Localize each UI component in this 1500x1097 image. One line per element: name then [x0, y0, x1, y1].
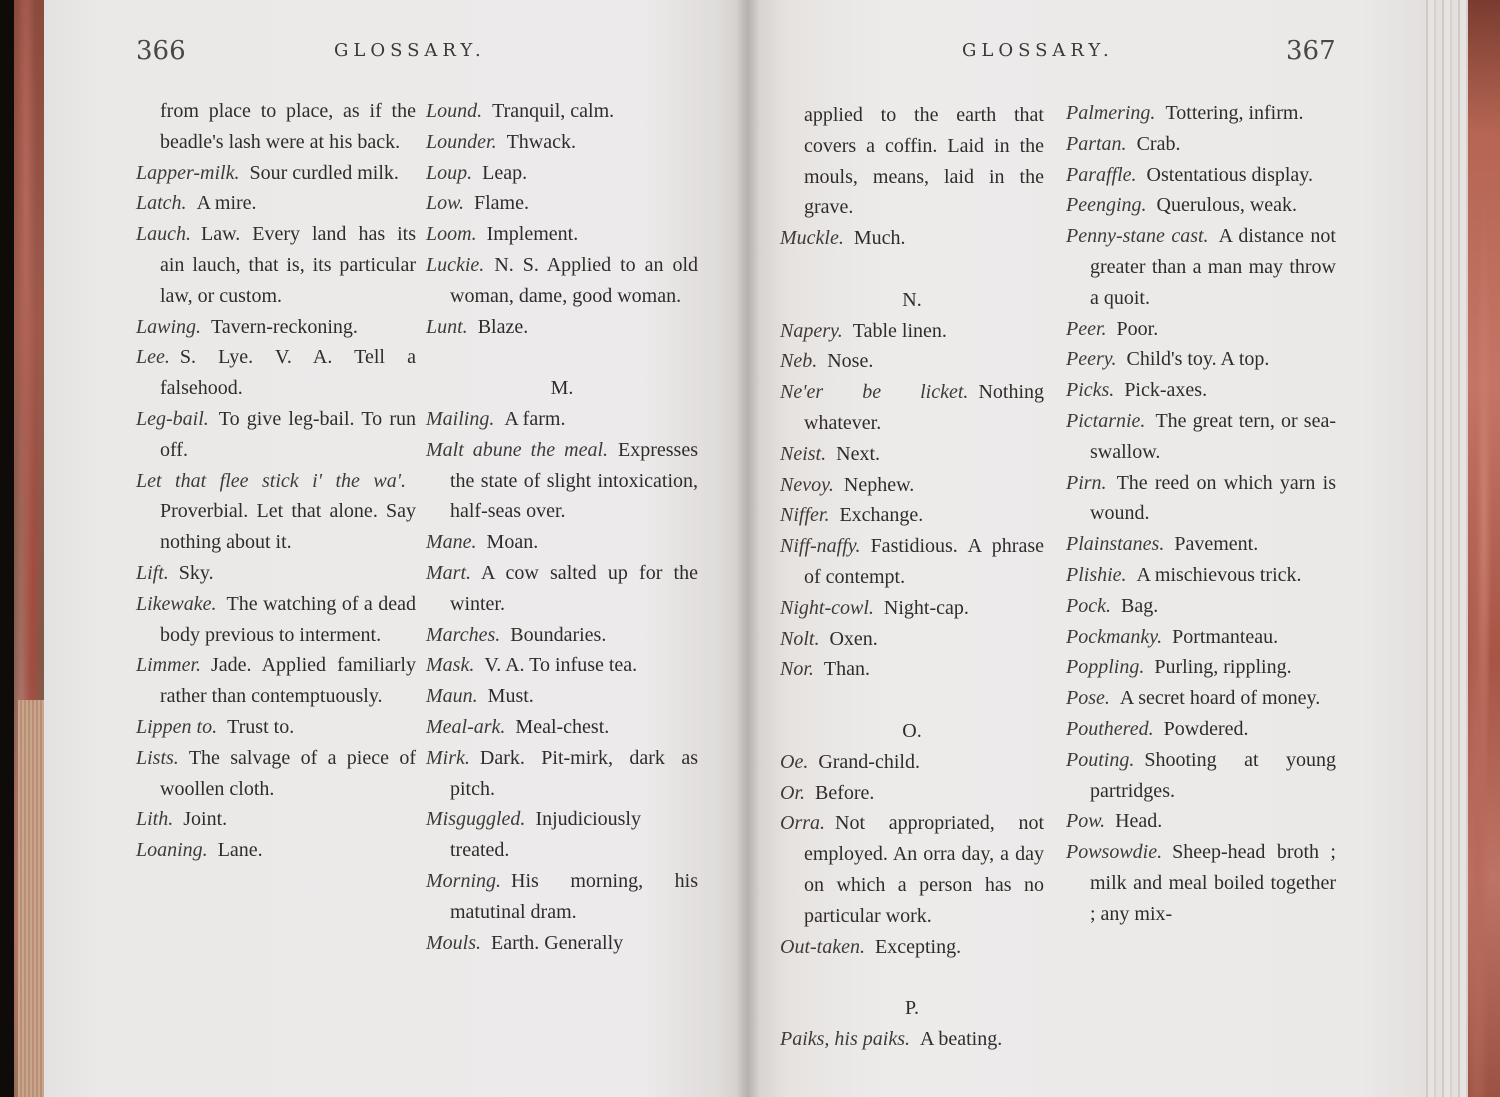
- section-spacer: [780, 962, 1044, 993]
- glossary-entry: Poppling. Purling, rippling.: [1066, 652, 1336, 683]
- glossary-entry: Lunt. Blaze.: [426, 312, 698, 343]
- glossary-term: Leg-bail.: [136, 408, 209, 430]
- glossary-term: Niffer.: [780, 504, 829, 526]
- glossary-entry: Nolt. Oxen.: [780, 624, 1044, 655]
- glossary-definition: Joint.: [183, 808, 227, 830]
- glossary-entry: Ne'er be licket. Nothing whatever.: [780, 377, 1044, 439]
- glossary-term: Nor.: [780, 658, 814, 680]
- glossary-definition: A mischievous trick.: [1137, 564, 1302, 586]
- glossary-definition: Implement.: [487, 223, 579, 245]
- glossary-entry: Plishie. A mischievous trick.: [1066, 560, 1336, 591]
- glossary-definition: Oxen.: [829, 628, 877, 650]
- glossary-term: Lound.: [426, 100, 482, 122]
- glossary-term: Malt abune the meal.: [426, 439, 608, 461]
- glossary-entry: Oe. Grand-child.: [780, 747, 1044, 778]
- glossary-definition: Powdered.: [1164, 718, 1249, 740]
- glossary-term: Loaning.: [136, 839, 208, 861]
- glossary-term: Let that flee stick i' the wa'.: [136, 470, 406, 492]
- glossary-definition: Not appropriated, not employed. An orra …: [804, 812, 1044, 926]
- glossary-definition: Sky.: [179, 562, 214, 584]
- glossary-term: Morning.: [426, 870, 501, 892]
- glossary-entry: Peery. Child's toy. A top.: [1066, 344, 1336, 375]
- glossary-definition: A cow salted up for the winter.: [450, 562, 698, 615]
- glossary-definition: The salvage of a piece of woollen cloth.: [160, 747, 416, 800]
- glossary-term: Limmer.: [136, 654, 201, 676]
- glossary-entry: Loup. Leap.: [426, 158, 698, 189]
- glossary-term: Picks.: [1066, 379, 1114, 401]
- glossary-term: Latch.: [136, 192, 187, 214]
- glossary-definition: Pick-axes.: [1124, 379, 1207, 401]
- glossary-definition: Table linen.: [853, 320, 947, 342]
- glossary-entry: Morning. His morning, his matutinal dram…: [426, 866, 698, 928]
- glossary-entry: Lawing. Tavern-reckoning.: [136, 312, 416, 343]
- glossary-definition: Boundaries.: [510, 624, 606, 646]
- glossary-term: Mirk.: [426, 747, 470, 769]
- page-number-left: 366: [136, 36, 186, 66]
- glossary-definition: Nephew.: [844, 474, 914, 496]
- glossary-definition: Night-cap.: [884, 597, 969, 619]
- glossary-definition: Pavement.: [1174, 533, 1258, 555]
- glossary-definition: N. S. Applied to an old woman, dame, goo…: [450, 254, 698, 307]
- glossary-term: Neb.: [780, 350, 817, 372]
- glossary-definition: Much.: [854, 227, 906, 249]
- glossary-term: Oe.: [780, 751, 808, 773]
- glossary-definition: Thwack.: [507, 131, 576, 153]
- page-edges-right: [1420, 0, 1468, 1097]
- glossary-definition: Ostentatious display.: [1147, 164, 1313, 186]
- glossary-definition: Lane.: [218, 839, 263, 861]
- glossary-definition: Next.: [836, 443, 880, 465]
- glossary-entry: Pouting. Shooting at young partridges.: [1066, 745, 1336, 807]
- glossary-term: Lauch.: [136, 223, 191, 245]
- glossary-entry: Peer. Poor.: [1066, 314, 1336, 345]
- glossary-entry: Loom. Implement.: [426, 219, 698, 250]
- glossary-term: Napery.: [780, 320, 843, 342]
- glossary-entry: Mailing. A farm.: [426, 404, 698, 435]
- glossary-term: Penny-stane cast.: [1066, 225, 1209, 247]
- glossary-term: Maun.: [426, 685, 478, 707]
- glossary-entry: Out-taken. Excepting.: [780, 932, 1044, 963]
- glossary-term: Marches.: [426, 624, 500, 646]
- glossary-entry: Pose. A secret hoard of money.: [1066, 683, 1336, 714]
- glossary-term: Powsowdie.: [1066, 841, 1162, 863]
- glossary-term: Likewake.: [136, 593, 217, 615]
- glossary-definition: Than.: [824, 658, 870, 680]
- right-page: GLOSSARY. 367 applied to the earth that …: [748, 0, 1428, 1097]
- glossary-entry: Lauch. Law. Every land has its ain lauch…: [136, 219, 416, 311]
- glossary-definition: Exchange.: [839, 504, 923, 526]
- glossary-entry: Mouls. Earth. Generally: [426, 928, 698, 959]
- glossary-entry: Orra. Not appropriated, not employed. An…: [780, 808, 1044, 931]
- glossary-entry: Mart. A cow salted up for the winter.: [426, 558, 698, 620]
- glossary-term: Peer.: [1066, 318, 1107, 340]
- glossary-entry: Lee. S. Lye. V. A. Tell a falsehood.: [136, 342, 416, 404]
- glossary-entry: Lith. Joint.: [136, 804, 416, 835]
- glossary-definition: Tavern-reckoning.: [211, 316, 358, 338]
- running-head-left: GLOSSARY.: [334, 40, 486, 61]
- glossary-entry: Leg-bail. To give leg-bail. To run off.: [136, 404, 416, 466]
- glossary-term: Luckie.: [426, 254, 484, 276]
- glossary-entry: applied to the earth that covers a coffi…: [780, 100, 1044, 223]
- glossary-entry: Limmer. Jade. Applied familiarly rather …: [136, 650, 416, 712]
- glossary-definition: Dark. Pit-mirk, dark as pitch.: [450, 747, 698, 800]
- glossary-definition: Sour curdled milk.: [249, 162, 398, 184]
- glossary-entry: Malt abune the meal. Expresses the state…: [426, 435, 698, 527]
- glossary-entry: Maun. Must.: [426, 681, 698, 712]
- glossary-term: Mask.: [426, 654, 474, 676]
- glossary-definition: Excepting.: [875, 936, 961, 958]
- glossary-term: Or.: [780, 782, 805, 804]
- glossary-entry: Mane. Moan.: [426, 527, 698, 558]
- glossary-definition: V. A. To infuse tea.: [484, 654, 637, 676]
- glossary-entry: Lists. The salvage of a piece of woollen…: [136, 743, 416, 805]
- letter-section-heading: M.: [426, 373, 698, 404]
- glossary-definition: Moan.: [487, 531, 539, 553]
- glossary-term: Meal-ark.: [426, 716, 505, 738]
- glossary-term: Out-taken.: [780, 936, 865, 958]
- glossary-term: Lounder.: [426, 131, 497, 153]
- glossary-entry: Neist. Next.: [780, 439, 1044, 470]
- page-number-right: 367: [1286, 36, 1336, 66]
- glossary-entry: Marches. Boundaries.: [426, 620, 698, 651]
- glossary-term: Pockmanky.: [1066, 626, 1162, 648]
- glossary-term: Lith.: [136, 808, 173, 830]
- glossary-term: Pow.: [1066, 810, 1105, 832]
- glossary-entry: Pirn. The reed on which yarn is wound.: [1066, 468, 1336, 530]
- glossary-term: Lunt.: [426, 316, 468, 338]
- glossary-entry: Lapper-milk. Sour curdled milk.: [136, 158, 416, 189]
- glossary-entry: Plainstanes. Pavement.: [1066, 529, 1336, 560]
- right-page-column-2: Palmering. Tottering, infirm.Partan. Cra…: [1066, 98, 1336, 930]
- glossary-term: Paiks, his paiks.: [780, 1028, 910, 1050]
- glossary-definition: Bag.: [1121, 595, 1158, 617]
- glossary-definition: Head.: [1115, 810, 1162, 832]
- glossary-term: Niff-naffy.: [780, 535, 861, 557]
- glossary-entry: Pow. Head.: [1066, 806, 1336, 837]
- left-page-column-1: from place to place, as if the beadle's …: [136, 96, 416, 866]
- glossary-term: Pouthered.: [1066, 718, 1154, 740]
- glossary-term: Peenging.: [1066, 194, 1147, 216]
- glossary-term: Pouting.: [1066, 749, 1134, 771]
- glossary-term: Orra.: [780, 812, 825, 834]
- glossary-term: Mailing.: [426, 408, 494, 430]
- glossary-entry: Lippen to. Trust to.: [136, 712, 416, 743]
- glossary-term: Loom.: [426, 223, 477, 245]
- glossary-definition: Portmanteau.: [1172, 626, 1278, 648]
- glossary-definition: Flame.: [474, 192, 529, 214]
- section-spacer: [426, 342, 698, 373]
- glossary-entry: Palmering. Tottering, infirm.: [1066, 98, 1336, 129]
- glossary-definition: Nose.: [827, 350, 873, 372]
- glossary-term: Muckle.: [780, 227, 844, 249]
- left-page-column-2: Lound. Tranquil, calm.Lounder. Thwack.Lo…: [426, 96, 698, 958]
- glossary-term: Lapper-milk.: [136, 162, 239, 184]
- glossary-entry: Powsowdie. Sheep-head broth ; milk and m…: [1066, 837, 1336, 929]
- glossary-entry: Meal-ark. Meal-chest.: [426, 712, 698, 743]
- glossary-term: Poppling.: [1066, 656, 1144, 678]
- glossary-term: Ne'er be licket.: [780, 381, 968, 403]
- glossary-definition: S. Lye. V. A. Tell a falsehood.: [160, 346, 416, 399]
- glossary-term: Plainstanes.: [1066, 533, 1164, 555]
- glossary-definition: Earth. Generally: [491, 932, 623, 954]
- glossary-term: Mouls.: [426, 932, 481, 954]
- glossary-definition: Purling, rippling.: [1154, 656, 1291, 678]
- glossary-entry: Pouthered. Powdered.: [1066, 714, 1336, 745]
- glossary-definition: A farm.: [504, 408, 565, 430]
- glossary-definition: Child's toy. A top.: [1127, 348, 1270, 370]
- glossary-entry: Mirk. Dark. Pit-mirk, dark as pitch.: [426, 743, 698, 805]
- glossary-term: Mart.: [426, 562, 471, 584]
- section-spacer: [780, 685, 1044, 716]
- glossary-term: Lippen to.: [136, 716, 217, 738]
- glossary-definition: A beating.: [920, 1028, 1002, 1050]
- glossary-definition: Tottering, infirm.: [1165, 102, 1303, 124]
- glossary-term: Lee.: [136, 346, 170, 368]
- glossary-entry: Latch. A mire.: [136, 188, 416, 219]
- glossary-definition: Grand-child.: [818, 751, 920, 773]
- glossary-definition: Meal-chest.: [515, 716, 609, 738]
- glossary-definition: Tranquil, calm.: [492, 100, 614, 122]
- glossary-entry: Loaning. Lane.: [136, 835, 416, 866]
- glossary-entry: Peenging. Querulous, weak.: [1066, 190, 1336, 221]
- book-gutter: [736, 0, 760, 1097]
- glossary-definition: Must.: [488, 685, 534, 707]
- glossary-term: Lawing.: [136, 316, 201, 338]
- glossary-definition: Poor.: [1117, 318, 1159, 340]
- letter-section-heading: P.: [780, 993, 1044, 1024]
- glossary-entry: Pictarnie. The great tern, or sea-swallo…: [1066, 406, 1336, 468]
- glossary-definition: The reed on which yarn is wound.: [1090, 472, 1336, 525]
- glossary-term: Night-cowl.: [780, 597, 874, 619]
- glossary-term: Lists.: [136, 747, 179, 769]
- glossary-definition: Blaze.: [478, 316, 529, 338]
- glossary-definition: applied to the earth that covers a coffi…: [804, 104, 1044, 218]
- glossary-term: Pock.: [1066, 595, 1111, 617]
- glossary-entry: Paiks, his paiks. A beating.: [780, 1024, 1044, 1055]
- glossary-term: Pose.: [1066, 687, 1110, 709]
- glossary-entry: Partan. Crab.: [1066, 129, 1336, 160]
- glossary-entry: Lift. Sky.: [136, 558, 416, 589]
- glossary-term: Mane.: [426, 531, 477, 553]
- glossary-entry: Napery. Table linen.: [780, 316, 1044, 347]
- glossary-term: Low.: [426, 192, 464, 214]
- glossary-entry: Neb. Nose.: [780, 346, 1044, 377]
- glossary-entry: Lounder. Thwack.: [426, 127, 698, 158]
- glossary-entry: Likewake. The watching of a dead body pr…: [136, 589, 416, 651]
- glossary-entry: Paraffle. Ostentatious display.: [1066, 160, 1336, 191]
- glossary-entry: Picks. Pick-axes.: [1066, 375, 1336, 406]
- glossary-entry: Pockmanky. Portmanteau.: [1066, 622, 1336, 653]
- glossary-term: Lift.: [136, 562, 169, 584]
- glossary-entry: Misguggled. Injudiciously treated.: [426, 804, 698, 866]
- glossary-term: Neist.: [780, 443, 826, 465]
- glossary-entry: Low. Flame.: [426, 188, 698, 219]
- glossary-entry: Niff-naffy. Fastidious. A phrase of cont…: [780, 531, 1044, 593]
- glossary-term: Nolt.: [780, 628, 819, 650]
- glossary-term: Loup.: [426, 162, 472, 184]
- glossary-term: Pictarnie.: [1066, 410, 1145, 432]
- glossary-entry: Niffer. Exchange.: [780, 500, 1044, 531]
- marbled-board-right: [1468, 0, 1500, 1097]
- glossary-definition: A mire.: [197, 192, 257, 214]
- glossary-entry: Muckle. Much.: [780, 223, 1044, 254]
- glossary-definition: Proverbial. Let that alone. Say nothing …: [160, 500, 416, 553]
- section-spacer: [780, 254, 1044, 285]
- glossary-term: Pirn.: [1066, 472, 1107, 494]
- running-head-right: GLOSSARY.: [962, 40, 1114, 61]
- left-page: 366 GLOSSARY. from place to place, as if…: [44, 0, 748, 1097]
- glossary-entry: Lound. Tranquil, calm.: [426, 96, 698, 127]
- glossary-entry: Pock. Bag.: [1066, 591, 1336, 622]
- glossary-term: Nevoy.: [780, 474, 834, 496]
- glossary-term: Paraffle.: [1066, 164, 1137, 186]
- glossary-definition: from place to place, as if the beadle's …: [160, 100, 416, 153]
- glossary-term: Palmering.: [1066, 102, 1155, 124]
- glossary-entry: Night-cowl. Night-cap.: [780, 593, 1044, 624]
- glossary-entry: Penny-stane cast. A distance not greater…: [1066, 221, 1336, 313]
- glossary-term: Peery.: [1066, 348, 1117, 370]
- glossary-definition: Trust to.: [227, 716, 294, 738]
- glossary-term: Misguggled.: [426, 808, 525, 830]
- letter-section-heading: O.: [780, 716, 1044, 747]
- glossary-definition: Leap.: [482, 162, 527, 184]
- glossary-entry: Nevoy. Nephew.: [780, 470, 1044, 501]
- glossary-definition: Law. Every land has its ain lauch, that …: [160, 223, 416, 307]
- glossary-entry: from place to place, as if the beadle's …: [136, 96, 416, 158]
- glossary-entry: Let that flee stick i' the wa'. Proverbi…: [136, 466, 416, 558]
- glossary-term: Plishie.: [1066, 564, 1127, 586]
- glossary-entry: Nor. Than.: [780, 654, 1044, 685]
- glossary-term: Partan.: [1066, 133, 1127, 155]
- glossary-definition: Crab.: [1137, 133, 1181, 155]
- glossary-entry: Luckie. N. S. Applied to an old woman, d…: [426, 250, 698, 312]
- glossary-entry: Or. Before.: [780, 778, 1044, 809]
- glossary-entry: Mask. V. A. To infuse tea.: [426, 650, 698, 681]
- glossary-definition: Before.: [815, 782, 874, 804]
- right-page-column-1: applied to the earth that covers a coffi…: [780, 100, 1044, 1055]
- glossary-definition: A secret hoard of money.: [1120, 687, 1320, 709]
- glossary-definition: Querulous, weak.: [1157, 194, 1298, 216]
- letter-section-heading: N.: [780, 285, 1044, 316]
